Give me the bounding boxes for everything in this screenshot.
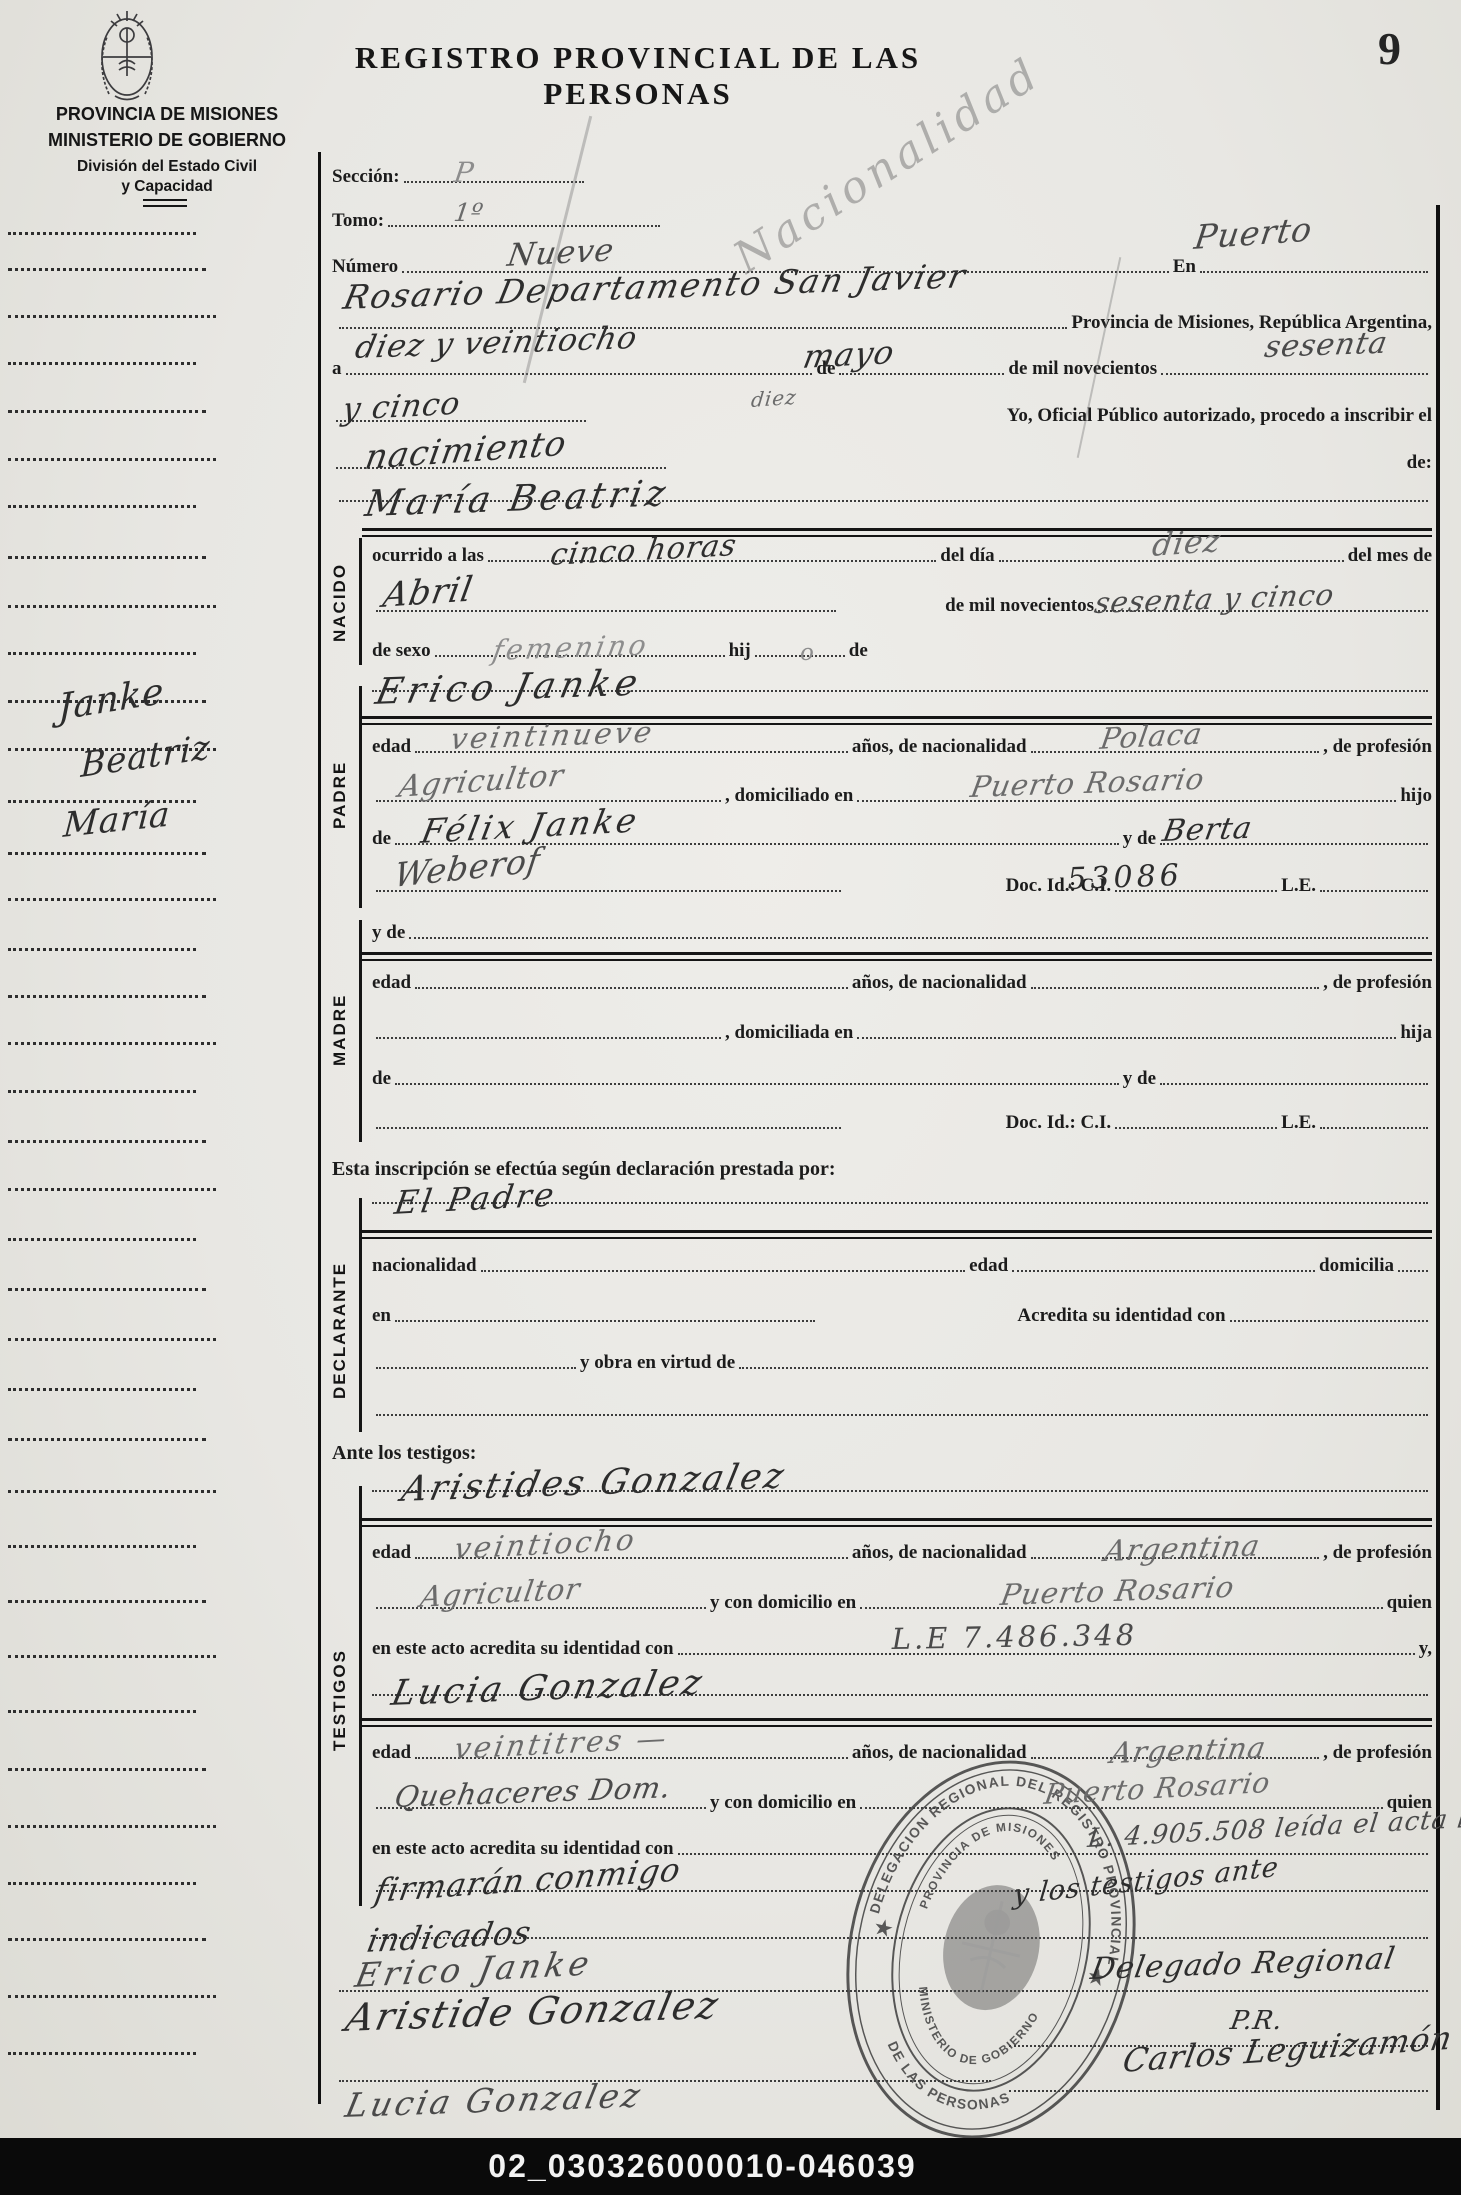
de-label-2: de: [849, 640, 868, 662]
edad-label-3: edad: [969, 1255, 1008, 1277]
stamp-star-left: ★: [872, 1916, 896, 1942]
scan-code-bar: 02_030326000010-046039: [0, 2138, 1461, 2195]
anos-nac-label: años, de nacionalidad: [852, 736, 1027, 758]
margin-line: [8, 852, 206, 855]
section-bracket-nacido: [359, 538, 362, 665]
profesion-label-4: , de profesión: [1323, 1742, 1432, 1764]
form-left-rule: [318, 152, 321, 2104]
dotted-rule: [1031, 985, 1320, 989]
y-de-label: y de: [1123, 828, 1156, 850]
de-label-3: de: [372, 828, 391, 850]
dotted-rule: [346, 371, 813, 375]
hija-label: hija: [1400, 1022, 1432, 1044]
dotted-rule: [1398, 1268, 1428, 1272]
section-bracket-padre: [359, 686, 362, 908]
field-tomo: Tomo:: [332, 210, 732, 232]
edad-label: edad: [372, 736, 411, 758]
line-declarante-acredita: en Acredita su identidad con: [372, 1305, 1432, 1327]
margin-line: [8, 362, 196, 365]
line-declarante-nac: nacionalidad edad domicilia: [372, 1255, 1432, 1277]
line-sexo: de sexo hij de: [372, 640, 992, 662]
margin-line: [8, 232, 196, 235]
profesion-label-2: , de profesión: [1323, 972, 1432, 994]
margin-line: [8, 1600, 206, 1603]
ocurrido-label: ocurrido a las: [372, 545, 484, 567]
line-madre-nombre: y de: [372, 922, 1432, 944]
dotted-rule: [395, 1081, 1119, 1085]
hw-padre-ci: 53086: [1067, 858, 1184, 897]
de-mil-label: de mil novecientos: [1008, 358, 1157, 380]
dotted-rule: [1161, 371, 1428, 375]
margin-line: [8, 1545, 196, 1548]
section-rule: [362, 952, 1432, 961]
hw-fecha-mes: mayo: [800, 333, 898, 376]
margin-line: [8, 1995, 216, 1998]
margin-line: [8, 605, 216, 608]
margin-line: [8, 2052, 196, 2055]
sidebar-underline: [143, 199, 187, 207]
edad-label-5: edad: [372, 1742, 411, 1764]
dotted-rule: [415, 985, 848, 989]
line-madre-edad: edad años, de nacionalidad , de profesió…: [372, 972, 1432, 994]
de-colon-label: de:: [1407, 452, 1432, 474]
en-label-2: en: [372, 1305, 391, 1327]
hw-declarante: El Padre: [392, 1175, 560, 1222]
dotted-rule: [857, 798, 1396, 802]
dotted-rule: [376, 1125, 841, 1129]
hw-testigo2-nombre: Lucia Gonzalez: [388, 1663, 708, 1714]
field-seccion: Sección:: [332, 166, 632, 188]
hw-dia: diez: [1150, 523, 1223, 564]
margin-line: [8, 1938, 206, 1941]
acredita-label: Acredita su identidad con: [1017, 1305, 1225, 1327]
hij-label: hij: [729, 640, 751, 662]
sidebar-province: PROVINCIA DE MISIONES: [18, 104, 316, 125]
a-label: a: [332, 358, 342, 380]
anos-nac-label-3: años, de nacionalidad: [852, 1542, 1027, 1564]
sidebar-division-2: y Capacidad: [18, 178, 316, 196]
section-label-padre: PADRE: [330, 740, 356, 850]
line-declarante-obra: y obra en virtud de: [372, 1352, 1432, 1374]
margin-line: [8, 898, 216, 901]
line-declarante-extra: [372, 1412, 1432, 1421]
sidebar-division-1: División del Estado Civil: [18, 158, 316, 176]
section-rule: [362, 1518, 1432, 1527]
hw-testigo2-nac: Argentina: [1108, 1730, 1269, 1770]
tomo-label: Tomo:: [332, 210, 384, 232]
nacionalidad-label: nacionalidad: [372, 1255, 477, 1277]
hw-fecha-anio2: y cinco: [340, 385, 463, 428]
numero-label: Número: [332, 256, 398, 278]
con-domicilio-label: y con domicilio en: [710, 1592, 856, 1614]
margin-line: [8, 1188, 216, 1191]
hw-abuela: Berta: [1160, 811, 1255, 849]
signature-oficial: Carlos Leguizamón: [1120, 2018, 1456, 2080]
hw-nombre: María Beatriz: [362, 473, 672, 525]
dotted-rule: [1230, 1318, 1428, 1322]
hw-hijo-o: o: [800, 640, 815, 666]
margin-line: [8, 995, 206, 998]
hw-fecha-anio: sesenta: [1262, 325, 1391, 365]
margin-line: [8, 556, 206, 559]
hw-tomo: 1º: [452, 198, 486, 227]
dotted-rule: [1160, 1081, 1428, 1085]
section-bracket-testigos: [359, 1486, 362, 1906]
dotted-rule: [388, 223, 660, 227]
dotted-rule: [1200, 269, 1428, 273]
le-label: L.E.: [1281, 875, 1316, 897]
sexo-label: de sexo: [372, 640, 431, 662]
dotted-rule: [857, 1035, 1396, 1039]
line-madre-domicilio: , domiciliada en hija: [372, 1022, 1432, 1044]
section-bracket-madre: [359, 920, 362, 1142]
de-mil-label-2: de mil novecientos: [945, 595, 1094, 617]
hw-numero: Nueve: [505, 232, 617, 274]
dotted-rule: [409, 935, 1428, 939]
domicilia-label: domicilia: [1319, 1255, 1394, 1277]
con-domicilio-label-2: y con domicilio en: [710, 1792, 856, 1814]
margin-line: [8, 1825, 216, 1828]
hw-fecha-dia-interlineado: diez: [750, 385, 798, 412]
dotted-rule: [1012, 1268, 1315, 1272]
y-coma-label: y,: [1419, 1638, 1432, 1660]
hijo-label: hijo: [1400, 785, 1432, 807]
margin-line: [8, 1042, 216, 1045]
margin-line: [8, 1238, 196, 1241]
dotted-rule: [395, 1318, 815, 1322]
page-number: 9: [1378, 22, 1401, 75]
acto-acredita-label: en este acto acredita su identidad con: [372, 1638, 674, 1660]
margin-line: [8, 268, 206, 271]
dotted-rule: [739, 1365, 1428, 1369]
line-madre-abuelos: de y de: [372, 1068, 1432, 1090]
quien-label: quien: [1387, 1592, 1432, 1614]
section-bracket-declarante: [359, 1198, 362, 1432]
scan-code: 02_030326000010-046039: [488, 2148, 916, 2185]
le-label-2: L.E.: [1281, 1112, 1316, 1134]
line-fecha-2: Yo, Oficial Público autorizado, procedo …: [332, 405, 1432, 427]
section-rule: [362, 1230, 1432, 1239]
margin-line: [8, 410, 206, 413]
section-rule: [362, 528, 1432, 537]
section-label-testigos: TESTIGOS: [330, 1630, 356, 1770]
margin-line: [8, 315, 216, 318]
anos-nac-label-2: años, de nacionalidad: [852, 972, 1027, 994]
margin-line: [8, 1438, 206, 1441]
margin-line: [8, 652, 196, 655]
dotted-rule: [1115, 1125, 1277, 1129]
oficial-label: Yo, Oficial Público autorizado, procedo …: [1007, 405, 1432, 427]
domiciliada-label: , domiciliada en: [725, 1022, 853, 1044]
dotted-rule: [376, 1412, 1428, 1416]
margin-note-surname: Janke: [58, 671, 165, 729]
margin-line: [8, 1388, 196, 1391]
margin-line: [8, 1338, 216, 1341]
dotted-rule: [481, 1268, 966, 1272]
margin-line: [8, 1140, 206, 1143]
y-de-label-3: y de: [1123, 1068, 1156, 1090]
margin-line: [8, 1768, 206, 1771]
hw-sexo: femenino: [490, 628, 652, 667]
inscripcion-label: Esta inscripción se efectúa según declar…: [332, 1158, 836, 1181]
dotted-rule: [376, 1035, 721, 1039]
dotted-rule: [1320, 888, 1428, 892]
margin-line: [8, 1090, 196, 1093]
edad-label-2: edad: [372, 972, 411, 994]
de-label-4: de: [372, 1068, 391, 1090]
coat-of-arms-icon: [86, 4, 168, 106]
margin-line: [8, 505, 196, 508]
hw-padre-nombre: Erico Janke: [372, 662, 646, 713]
ante-label: Ante los testigos:: [332, 1442, 476, 1465]
profesion-label: , de profesión: [1323, 736, 1432, 758]
page-title: REGISTRO PROVINCIAL DE LAS PERSONAS: [318, 40, 958, 112]
margin-line: [8, 1710, 196, 1713]
sidebar-ministry: MINISTERIO DE GOBIERNO: [18, 130, 316, 151]
hw-lugar: Puerto: [1192, 209, 1315, 257]
margin-note-name2: Beatriz: [80, 727, 211, 786]
dotted-rule: [404, 179, 584, 183]
margin-line: [8, 1655, 216, 1658]
section-label-declarante: DECLARANTE: [330, 1245, 356, 1415]
line-ocurrido: ocurrido a las del día del mes de: [372, 545, 1432, 567]
del-mes-label: del mes de: [1348, 545, 1432, 567]
scanned-birth-certificate: REGISTRO PROVINCIAL DE LAS PERSONAS 9 Na…: [0, 0, 1461, 2195]
section-label-nacido: NACIDO: [330, 545, 356, 660]
y-de-label-2: y de: [372, 922, 405, 944]
seccion-label: Sección:: [332, 166, 400, 188]
del-dia-label: del día: [940, 545, 994, 567]
margin-line: [8, 1882, 196, 1885]
hw-padre-nac: Polaca: [1098, 716, 1205, 756]
doc-id-label-2: Doc. Id.: C.I.: [1006, 1112, 1112, 1134]
hw-testigo1-doc: L.E 7.486.348: [891, 1618, 1137, 1656]
margin-line: [8, 1288, 206, 1291]
margin-line: [8, 1490, 216, 1493]
hw-testigo1-nac: Argentina: [1102, 1528, 1263, 1568]
line-madre-doc: Doc. Id.: C.I. L.E.: [372, 1112, 1432, 1134]
dotted-rule: [1320, 1125, 1428, 1129]
dotted-rule: [376, 1365, 576, 1369]
obra-label: y obra en virtud de: [580, 1352, 735, 1374]
margin-line: [8, 948, 196, 951]
section-label-madre: MADRE: [330, 975, 356, 1085]
edad-label-4: edad: [372, 1542, 411, 1564]
en-label: En: [1173, 256, 1196, 278]
hw-mes: Abril: [380, 569, 476, 616]
profesion-label-3: , de profesión: [1323, 1542, 1432, 1564]
domiciliado-label: , domiciliado en: [725, 785, 853, 807]
margin-line: [8, 458, 216, 461]
